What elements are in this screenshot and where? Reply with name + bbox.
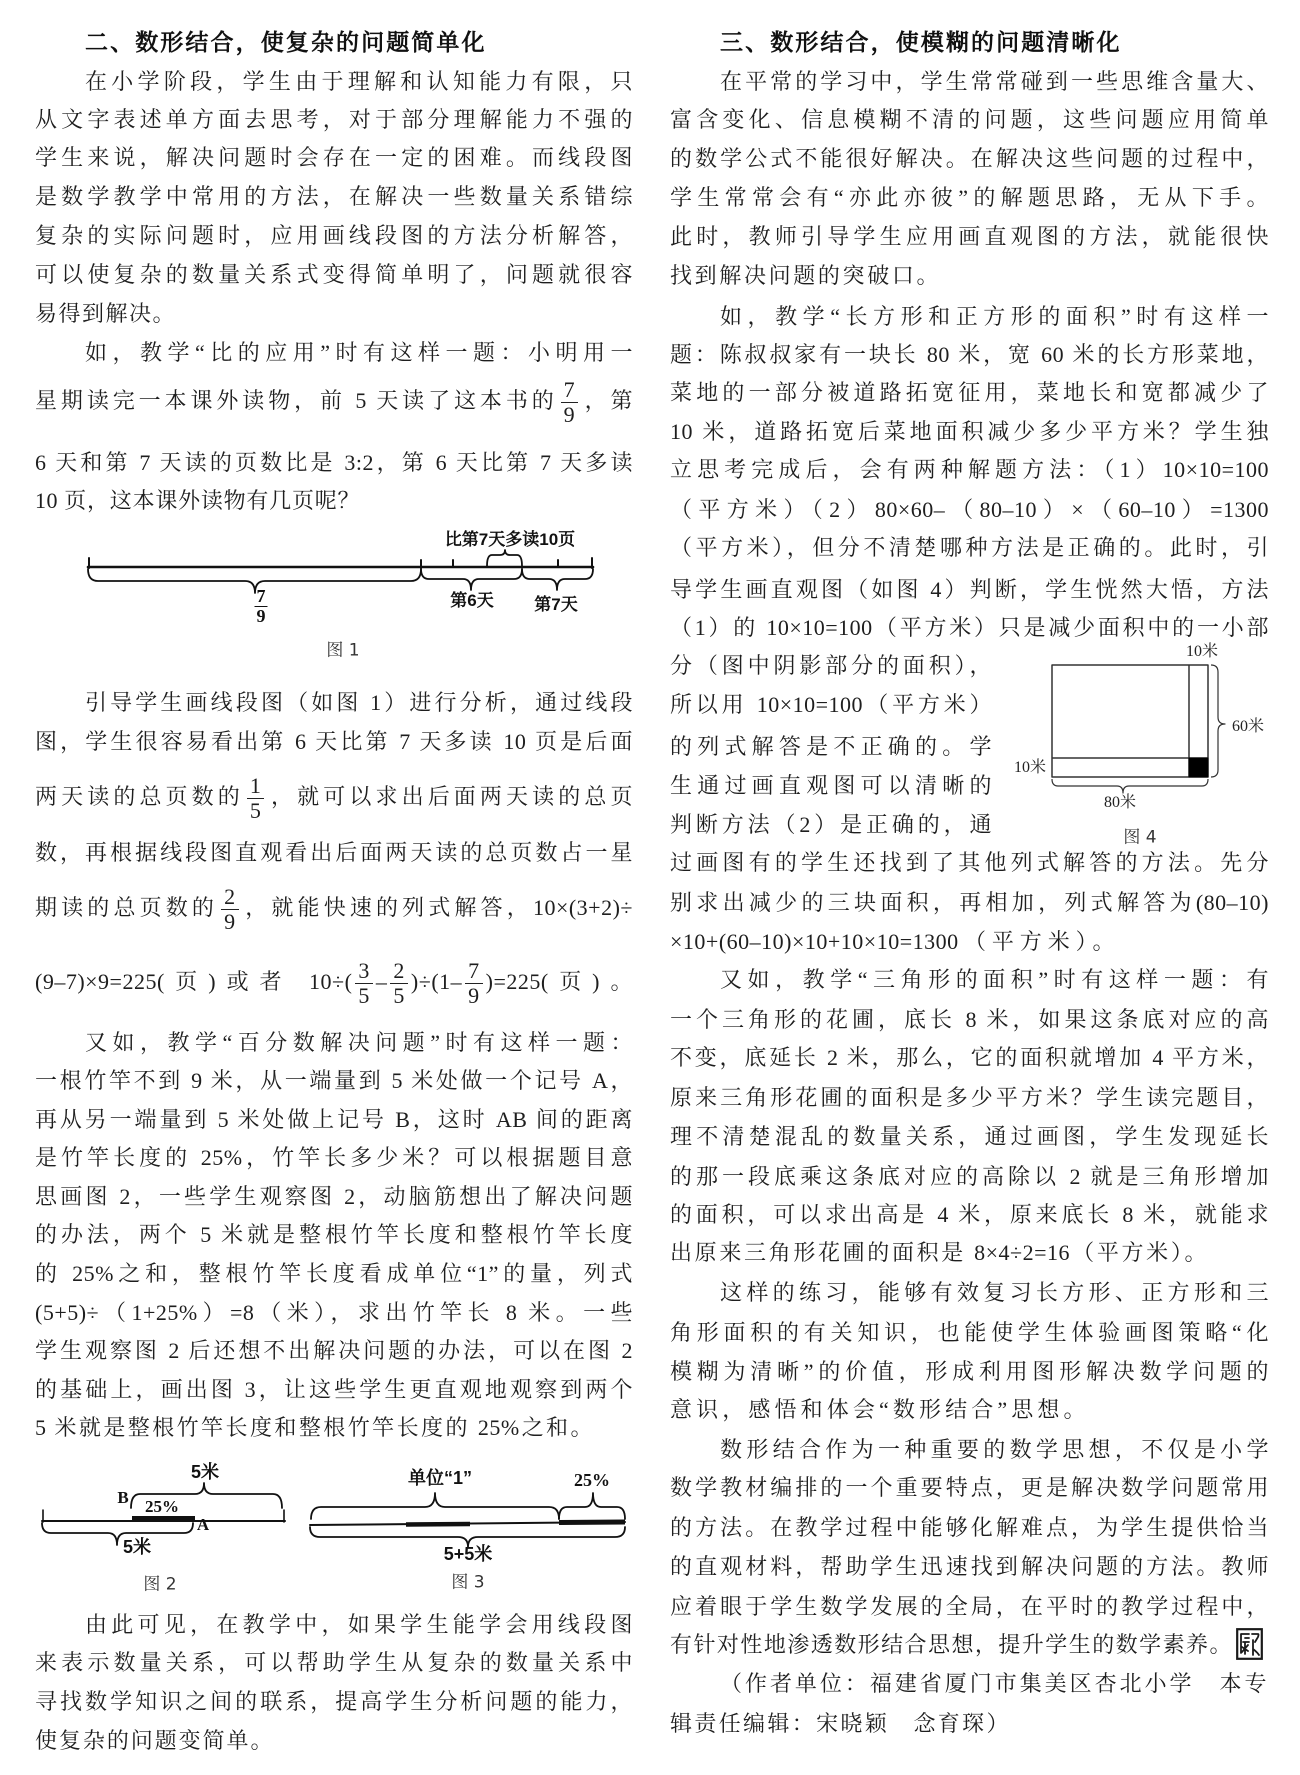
fraction-numerator: 2 — [221, 885, 239, 909]
brace-unit-one — [311, 1493, 559, 1519]
text-line: 引导学生画线段图（如图 1）进行分析，通过线段 — [85, 684, 633, 722]
fraction-denominator: 5 — [355, 983, 373, 1008]
text-line: 可以使复杂的数量关系式变得简单明了，问题就很容 — [35, 256, 633, 294]
figure-4-height-label: 60米 — [1232, 717, 1264, 737]
text-line: 使复杂的问题变简单。 — [35, 1722, 273, 1760]
text-segment: ，第 — [581, 388, 633, 413]
text-line: 学生来说，解决问题时会存在一定的困难。而线段图 — [35, 139, 633, 177]
text-line: 再从另一端量到 5 米处做上记号 B，这时 AB 间的距离 — [35, 1101, 633, 1139]
text-line: 立思考完成后，会有两种解题方法：（1）10×10=100 — [670, 451, 1269, 489]
text-line: 如，教学“长方形和正方形的面积”时有这样一 — [720, 298, 1269, 336]
text-line: 这样的练习，能够有效复习长方形、正方形和三 — [720, 1274, 1269, 1312]
text-line: 星期读完一本课外读物，前 5 天读了这本书的79，第 — [35, 382, 633, 420]
fraction-numerator: 7 — [561, 378, 579, 402]
fraction-denominator: 9 — [255, 606, 268, 626]
text-line: 的那一段底乘这条底对应的高除以 2 就是三角形增加 — [670, 1158, 1269, 1196]
text-segment: ，就可以求出后面两天读的总页 — [267, 784, 633, 809]
text-line: 10 页，这本课外读物有几页呢？ — [35, 482, 360, 520]
text-line: 由此可见，在教学中，如果学生能学会用线段图 — [85, 1606, 633, 1644]
fraction: 29 — [221, 885, 239, 934]
brace-25-percent — [559, 1493, 625, 1519]
text-line: 生通过画直观图可以清晰的 — [670, 767, 992, 805]
text-line: 意识，感悟和体会“数形结合”思想。 — [670, 1391, 1086, 1429]
text-line: 又如，教学“百分数解决问题”时有这样一题： — [85, 1024, 633, 1062]
fraction-denominator: 9 — [221, 909, 239, 934]
text-line: 在平常的学习中，学生常常碰到一些思维含量大、 — [720, 63, 1269, 101]
brace-lower-5m — [42, 1523, 193, 1545]
text-line: 来表示数量关系，可以帮助学生从复杂的数量关系中 — [35, 1644, 633, 1682]
section-title: 三、数形结合，使模糊的问题清晰化 — [720, 23, 1120, 61]
figure-1-diagram — [88, 550, 593, 593]
text-line: 不变，底延长 2 米，那么，它的面积就增加 4 平方米， — [670, 1039, 1269, 1077]
text-segment: 期读的总页数的 — [35, 895, 218, 920]
text-line: 又如，教学“三角形的面积”时有这样一题：有 — [720, 961, 1269, 999]
text-line: 一个三角形的花圃，底长 8 米，如果这条底对应的高 — [670, 1001, 1269, 1039]
figure-4-left-strip-label: 10米 — [1014, 758, 1046, 778]
figure-3-total-label: 5+5米 — [444, 1544, 493, 1564]
text-line: 的基础上，画出图 3，让这些学生更直观地观察到两个 — [35, 1371, 633, 1409]
text-line: 角形面积的有关知识，也能使学生体验画图策略“化 — [670, 1314, 1269, 1352]
fraction: 25 — [390, 959, 408, 1008]
fraction-numerator: 3 — [355, 959, 373, 983]
text-line: 在小学阶段，学生由于理解和认知能力有限，只 — [85, 63, 633, 101]
fraction-numerator: 7 — [255, 587, 268, 606]
fraction-denominator: 9 — [561, 402, 579, 427]
text-line: 数学教材编排的一个重要特点，更是解决数学问题常用 — [670, 1469, 1269, 1507]
text-line: 两天读的总页数的15，就可以求出后面两天读的总页 — [35, 778, 633, 816]
fraction-denominator: 5 — [247, 798, 265, 823]
text-line: 从文字表述单方面去思考，对于部分理解能力不强的 — [35, 101, 633, 139]
text-line: 6 天和第 7 天读的页数比是 3:2，第 6 天比第 7 天多读 — [35, 444, 633, 482]
fraction-denominator: 9 — [465, 983, 483, 1008]
text-line: 找到解决问题的突破口。 — [670, 257, 939, 295]
text-line: 过画图有的学生还找到了其他列式解答的方法。先分 — [670, 844, 1269, 882]
text-segment: (9–7)×9=225(页)或者 10÷( — [35, 969, 352, 994]
text-line: 寻找数学知识之间的联系，提高学生分析问题的能力， — [35, 1683, 633, 1721]
text-line: 易得到解决。 — [35, 295, 175, 333]
brace-extra-10-pages — [487, 550, 522, 566]
text-line: 判断方法（2）是正确的，通 — [670, 806, 992, 844]
overlap-segment — [406, 1524, 470, 1525]
text-line: 期读的总页数的29，就能快速的列式解答，10×(3+2)÷ — [35, 889, 633, 927]
extra-25-percent-segment — [559, 1522, 625, 1523]
fraction: 15 — [247, 774, 265, 823]
text-line: 是竹竿长度的 25%，竹竿长多少米？可以根据题目意 — [35, 1139, 633, 1177]
figure-2-caption: 图 2 — [143, 1570, 176, 1595]
text-line: 的 25%之和，整根竹竿长度看成单位“1”的量，列式 — [35, 1255, 633, 1293]
text-segment: 星期读完一本课外读物，前 5 天读了这本书的 — [35, 388, 558, 413]
figure-4-diagram — [1052, 665, 1225, 793]
figure-3-caption: 图 3 — [451, 1568, 484, 1593]
figure-3-unit-label: 单位“1” — [408, 1468, 472, 1488]
text-line: 学生观察图 2 后还想不出解决问题的办法，可以在图 2 — [35, 1332, 633, 1370]
text-segment: )=225(页)。 — [486, 969, 633, 994]
figure-1-fraction-label: 79 — [255, 587, 268, 627]
text-line: 10 米，道路拓宽后菜地面积减少多少平方米？学生独 — [670, 413, 1269, 451]
text-line: 别求出减少的三块面积，再相加，列式解答为(80–10) — [670, 884, 1269, 922]
figure-3-diagram — [310, 1493, 625, 1547]
section-title: 二、数形结合，使复杂的问题简单化 — [85, 23, 485, 61]
text-line: 所以用 10×10=100（平方米） — [670, 686, 992, 724]
fraction-numerator: 7 — [465, 959, 483, 983]
brace-day-6 — [421, 569, 522, 590]
text-line: 5 米就是整根竹竿长度和整根竹竿长度的 25%之和。 — [35, 1409, 593, 1447]
text-line: （1）的 10×10=100（平方米）只是减少面积中的一小部 — [670, 609, 1269, 647]
text-line: 出原来三角形花圃的面积是 8×4÷2=16（平方米）。 — [670, 1234, 1207, 1272]
author-line: （作者单位：福建省厦门市集美区杏北小学 本专 — [720, 1666, 1267, 1704]
fraction: 35 — [355, 959, 373, 1008]
bamboo-pole-line — [310, 1522, 625, 1525]
figure-4-length-label: 80米 — [1104, 793, 1136, 813]
text-line: 应着眼于学生数学发展的全局，在平时的教学过程中， — [670, 1588, 1269, 1626]
text-line: 分（图中阴影部分的面积）， — [670, 647, 992, 685]
text-segment: 两天读的总页数的 — [35, 784, 244, 809]
text-line: (5+5)÷（1+25%）=8（米），求出竹竿长 8 米。一些 — [35, 1294, 633, 1332]
figure-2-upper-label: 5米 — [191, 1462, 219, 1482]
text-line: 模糊为清晰”的价值，形成利用图形解决数学问题的 — [670, 1353, 1269, 1391]
tick-marks — [89, 558, 592, 568]
text-line: 学生常常会有“亦此亦彼”的解题思路，无从下手。 — [670, 179, 1269, 217]
figure-4-top-strip-label: 10米 — [1186, 642, 1218, 662]
end-seal-icon — [1236, 1628, 1263, 1660]
brace-day-7 — [522, 569, 593, 590]
brace-height — [1211, 665, 1225, 777]
figure-2-lower-label: 5米 — [123, 1537, 151, 1557]
text-line: （平方米）（2）80×60–（80–10）×（60–10）=1300 — [670, 491, 1269, 529]
text-line: 此时，教师引导学生应用画直观图的方法，就能很快 — [670, 218, 1269, 256]
text-line: 的列式解答是不正确的。学 — [670, 728, 992, 766]
text-line: 题：陈叔叔家有一块长 80 米，宽 60 米的长方形菜地， — [670, 336, 1269, 374]
text-line: 的面积，可以求出高是 4 米，原来底长 8 米，就能求 — [670, 1196, 1269, 1234]
figure-2-point-a: A — [197, 1515, 209, 1535]
text-segment: – — [376, 969, 388, 994]
fraction-numerator: 1 — [247, 774, 265, 798]
text-line: （平方米），但分不清楚哪种方法是正确的。此时，引 — [670, 529, 1269, 567]
text-line: 理不清楚混乱的数量关系，通过画图，学生发现延长 — [670, 1118, 1269, 1156]
text-line: 有针对性地渗透数形结合思想，提升学生的数学素养。 — [670, 1626, 1232, 1664]
document-page: 二、数形结合，使复杂的问题简单化 在小学阶段，学生由于理解和认知能力有限，只 从… — [0, 0, 1300, 1775]
text-line: 是数学教学中常用的方法，在解决一些数量关系错综 — [35, 178, 633, 216]
text-line: 的直观材料，帮助学生迅速找到解决问题的方法。教师 — [670, 1548, 1269, 1586]
figure-1-caption: 图 1 — [326, 636, 359, 661]
fraction-denominator: 5 — [390, 983, 408, 1008]
figure-3-percent-label: 25% — [574, 1470, 610, 1490]
figure-2-percent-label: 25% — [145, 1497, 179, 1517]
text-segment: )÷(1– — [411, 969, 462, 994]
text-line: 图，学生很容易看出第 6 天比第 7 天多读 10 页是后面 — [35, 723, 633, 761]
text-line: 数，再根据线段图直观看出后面两天读的总页数占一星 — [35, 834, 633, 872]
text-line: 数形结合作为一种重要的数学思想，不仅是小学 — [720, 1431, 1269, 1469]
text-line: 思画图 2，一些学生观察图 2，动脑筋想出了解决问题 — [35, 1178, 633, 1216]
figure-1-top-label: 比第7天多读10页 — [445, 530, 575, 550]
fraction: 79 — [465, 959, 483, 1008]
text-line: 的办法，两个 5 米就是整根竹竿长度和整根竹竿长度 — [35, 1216, 633, 1254]
text-line: ×10+(60–10)×10+10×10=1300（平方米）。 — [670, 923, 1115, 961]
figure-2-point-b: B — [117, 1488, 128, 1508]
text-line: 导学生画直观图（如图 4）判断，学生恍然大悟，方法 — [670, 571, 1269, 609]
brace-length — [1052, 779, 1208, 793]
shaded-corner-square — [1189, 758, 1208, 777]
text-segment: ，就能快速的列式解答，10×(3+2)÷ — [242, 895, 633, 920]
text-line: 复杂的实际问题时，应用画线段图的方法分析解答， — [35, 217, 633, 255]
figure-1-day6-label: 第6天 — [450, 591, 493, 611]
text-line: 菜地的一部分被道路拓宽征用，菜地长和宽都减少了 — [670, 374, 1269, 412]
text-line: 如，教学“比的应用”时有这样一题：小明用一 — [85, 334, 633, 372]
text-line: 的数学公式不能很好解决。在解决这些问题的过程中， — [670, 140, 1269, 178]
text-line: 原来三角形花圃的面积是多少平方米？学生读完题目， — [670, 1079, 1269, 1117]
text-line: 富含变化、信息模糊不清的问题，这些问题应用简单 — [670, 101, 1269, 139]
author-line: 辑责任编辑：宋晓颖 念育琛） — [670, 1706, 1009, 1744]
field-rectangle — [1052, 665, 1208, 777]
fraction: 79 — [561, 378, 579, 427]
text-line: 的方法。在教学过程中能够化解难点，为学生提供恰当 — [670, 1509, 1269, 1547]
figure-4-caption: 图 4 — [1123, 823, 1156, 848]
text-line: 一根竹竿不到 9 米，从一端量到 5 米处做一个记号 A， — [35, 1062, 633, 1100]
fraction-numerator: 2 — [390, 959, 408, 983]
text-line: (9–7)×9=225(页)或者 10÷(35–25)÷(1–79)=225(页… — [35, 963, 633, 1001]
figure-1-day7-label: 第7天 — [534, 595, 577, 615]
